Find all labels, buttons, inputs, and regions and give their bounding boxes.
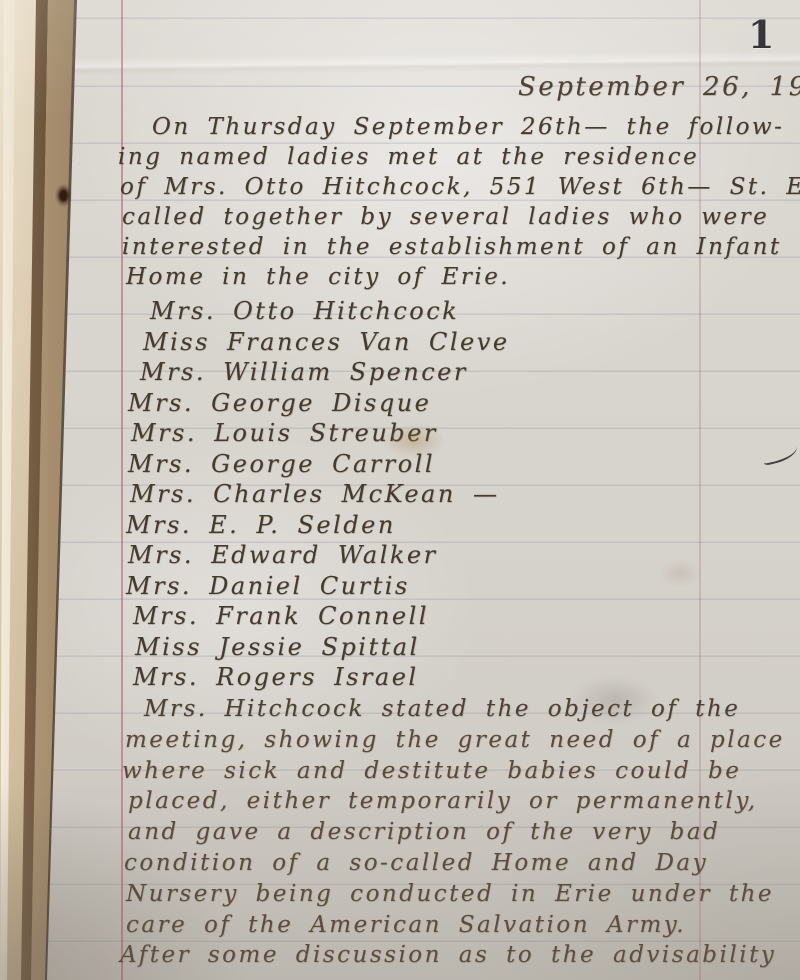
handwritten-line: of Mrs. Otto Hitchcock, 551 West 6th— St… — [120, 172, 800, 202]
attendee-name: Mrs. William Spencer — [140, 357, 510, 388]
attendee-name: Mrs. E. P. Selden — [126, 510, 510, 541]
handwritten-line: ing named ladies met at the residence — [118, 142, 800, 172]
attendee-name: Mrs. George Carroll — [128, 449, 510, 480]
handwritten-line: where sick and destitute babies could be — [122, 756, 785, 787]
attendee-name: Mrs. George Disque — [128, 388, 510, 419]
attendee-name: Mrs. Edward Walker — [128, 540, 510, 571]
opening-paragraph: On Thursday September 26th— the follow-i… — [118, 112, 800, 292]
attendee-name: Mrs. Rogers Israel — [133, 662, 510, 693]
attendee-name: Miss Frances Van Cleve — [143, 327, 510, 358]
attendee-name: Mrs. Daniel Curtis — [126, 571, 510, 602]
attendee-name: Mrs. Charles McKean — — [130, 479, 510, 510]
handwritten-line: care of the American Salvation Army. — [126, 910, 785, 941]
handwritten-line: condition of a so-called Home and Day — [124, 848, 785, 879]
handwritten-line: Mrs. Hitchcock stated the object of the — [144, 694, 785, 725]
handwritten-line: placed, either temporarily or permanentl… — [128, 786, 785, 817]
handwritten-line: and gave a description of the very bad — [128, 817, 785, 848]
handwritten-line: called together by several ladies who we… — [122, 202, 800, 232]
handwritten-line: On Thursday September 26th— the follow- — [152, 112, 800, 142]
attendee-name: Mrs. Louis Streuber — [131, 418, 510, 449]
date-heading: September 26, 1912 — [518, 72, 800, 102]
handwritten-line: Home in the city of Erie. — [126, 262, 800, 292]
handwritten-line: meeting, showing the great need of a pla… — [125, 725, 785, 756]
ledger-page-photo: 1 September 26, 1912 On Thursday Septemb… — [0, 0, 800, 980]
attendee-name: Miss Jessie Spittal — [135, 632, 510, 663]
handwritten-line: After some discussion as to the advisabi… — [120, 940, 785, 971]
attendee-name: Mrs. Otto Hitchcock — [150, 296, 510, 327]
handwritten-line: interested in the establishment of an In… — [122, 232, 800, 262]
closing-paragraph: Mrs. Hitchcock stated the object of them… — [118, 694, 785, 971]
page-number: 1 — [748, 12, 774, 57]
attendees-list: Mrs. Otto HitchcockMiss Frances Van Clev… — [126, 296, 510, 693]
attendee-name: Mrs. Frank Connell — [133, 601, 510, 632]
handwritten-line: Nursery being conducted in Erie under th… — [126, 879, 785, 910]
